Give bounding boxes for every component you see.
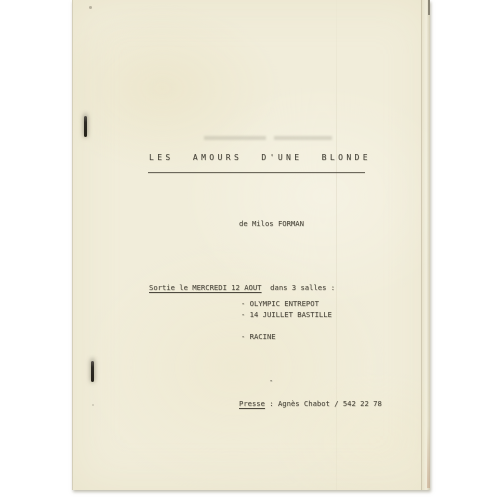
photograph-background: LES AMOURS D'UNE BLONDE de Milos FORMAN … [0, 0, 500, 500]
press-label: Presse [239, 399, 265, 408]
director-byline: de Milos FORMAN [239, 219, 304, 228]
paper-speck [89, 6, 92, 9]
page-edge-mark-top [428, 0, 430, 15]
typed-dash: - [269, 376, 273, 385]
under-page-edge [421, 0, 430, 490]
page-edge-mark-bottom [427, 426, 430, 488]
title-underline [148, 172, 365, 173]
paper-speck [92, 404, 94, 406]
cinema-list-item: - RACINE [241, 332, 276, 341]
press-contact-line: Presse : Agnès Chabot / 542 22 78 [239, 399, 382, 408]
press-sheet-page: LES AMOURS D'UNE BLONDE de Milos FORMAN … [72, 0, 430, 490]
cinema-list-item: - OLYMPIC ENTREPOT [241, 299, 319, 308]
paper-crease [336, 0, 337, 490]
release-rest: dans 3 salles : [262, 283, 336, 292]
press-contact-rest: : Agnès Chabot / 542 22 78 [265, 399, 382, 408]
ink-bleedthrough-text [204, 135, 339, 141]
staple-bottom [91, 361, 94, 382]
staple-top [84, 116, 87, 137]
release-line: Sortie le MERCREDI 12 AOUT dans 3 salles… [149, 283, 335, 292]
release-date: Sortie le MERCREDI 12 AOUT [149, 283, 262, 292]
cinema-list-item: - 14 JUILLET BASTILLE [241, 310, 332, 319]
film-title: LES AMOURS D'UNE BLONDE [149, 153, 371, 162]
